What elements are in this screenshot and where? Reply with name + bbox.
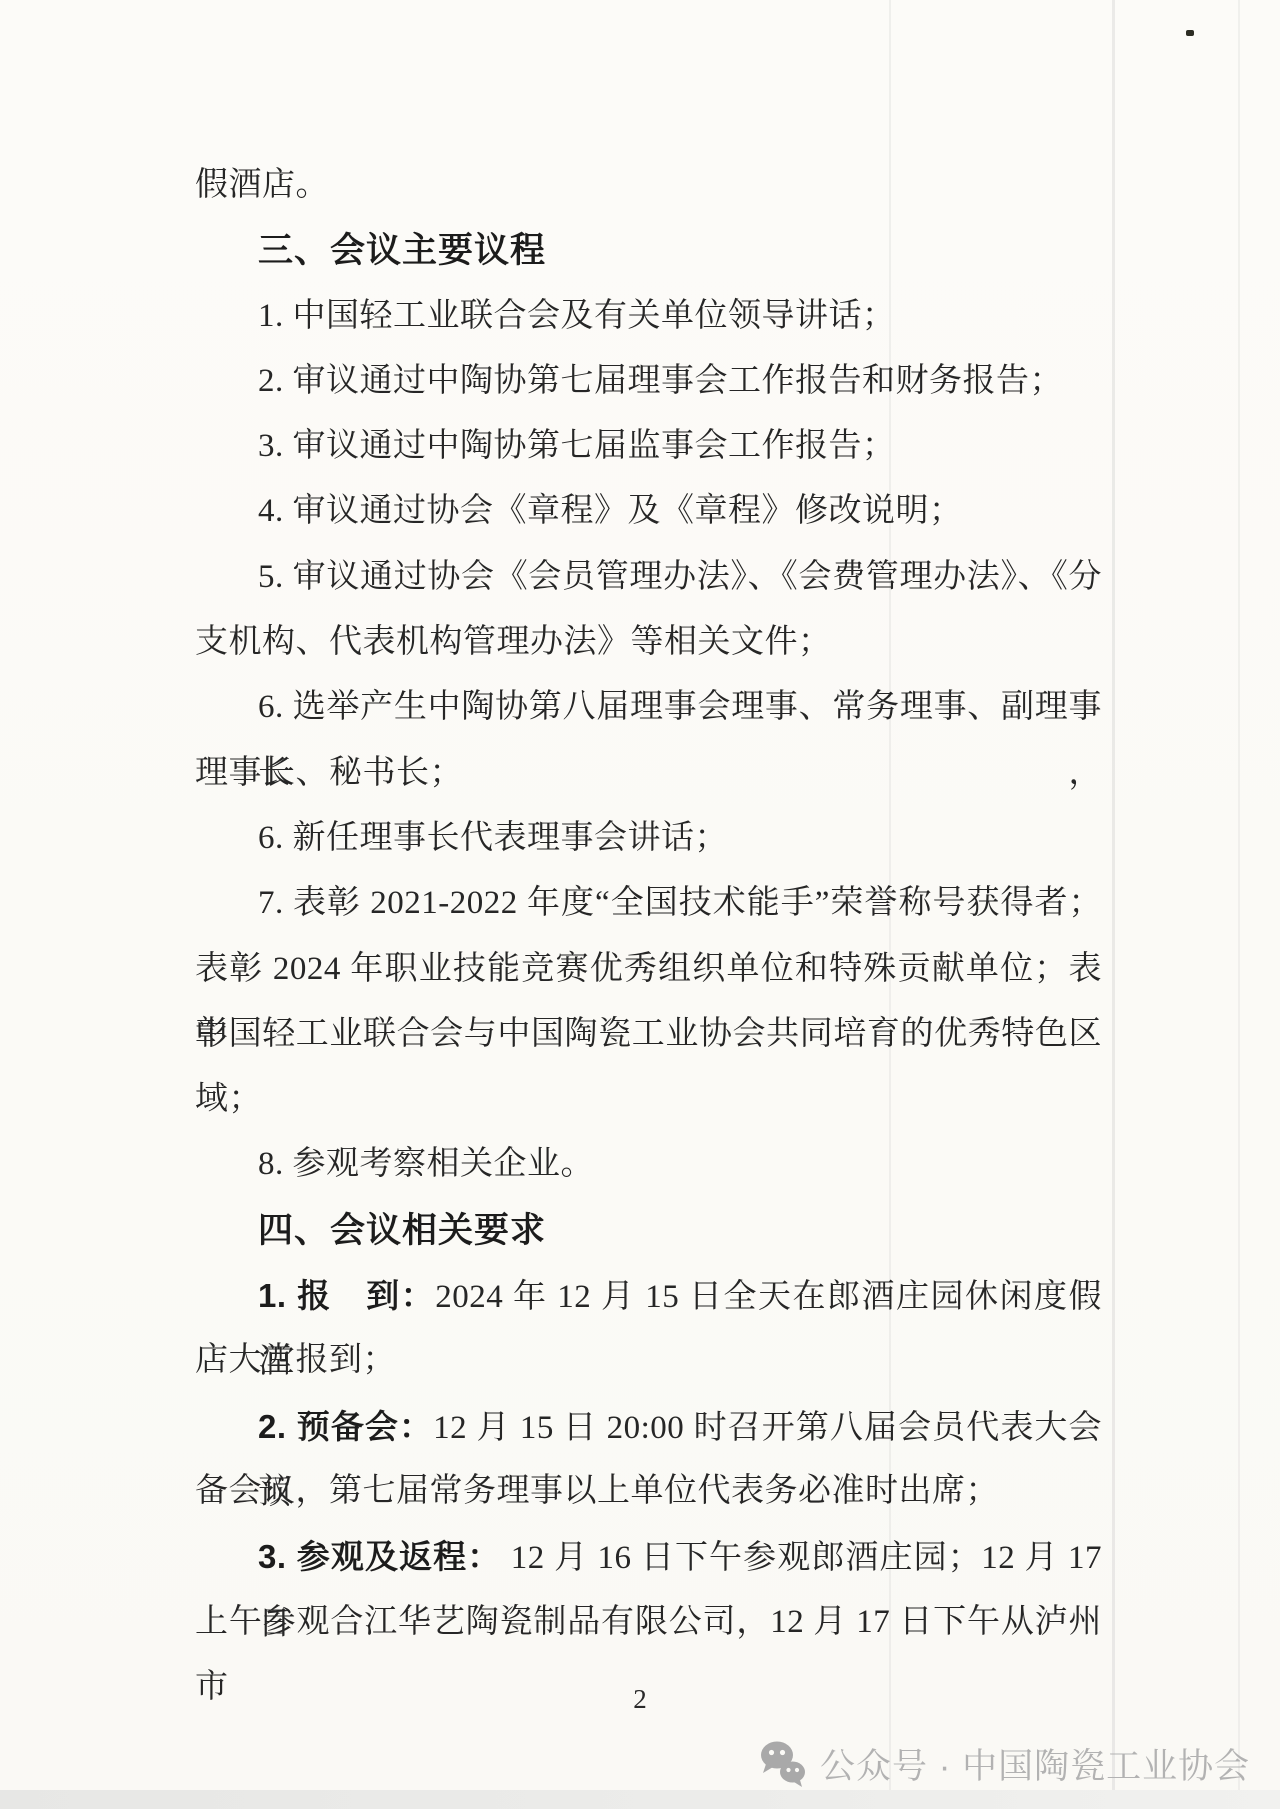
doc-line-bold-segment: 三、会议主要议程 [258, 231, 546, 270]
doc-line: 6. 新任理事长代表理事会讲话； [195, 806, 1102, 871]
doc-line: 域； [195, 1067, 1102, 1132]
doc-line: 假酒店。 [195, 153, 1102, 218]
doc-line: 2. 预备会：12 月 15 日 20:00 时召开第八届会员代表大会预 [195, 1394, 1102, 1459]
doc-heading-line: 三、会议主要议程 [195, 218, 1102, 283]
doc-line: 支机构、代表机构管理办法》等相关文件； [195, 610, 1102, 675]
doc-line-bold-segment: 1. 报 到： [258, 1277, 435, 1314]
doc-line-segment: 8. 参观考察相关企业。 [258, 1146, 594, 1182]
scan-artifact-line [1112, 0, 1115, 1809]
doc-line: 8. 参观考察相关企业。 [195, 1132, 1102, 1197]
doc-line-segment: 4. 审议通过协会《章程》及《章程》修改说明； [258, 493, 963, 529]
doc-line: 备会议，第七届常务理事以上单位代表务必准时出席； [195, 1459, 1102, 1524]
doc-line-segment: 中国轻工业联合会与中国陶瓷工业协会共同培育的优秀特色区 [195, 1016, 1102, 1052]
doc-line-segment: 支机构、代表机构管理办法》等相关文件； [195, 624, 832, 660]
doc-line: 2. 审议通过中陶协第七届理事会工作报告和财务报告； [195, 349, 1102, 414]
scanned-document-page: 假酒店。三、会议主要议程1. 中国轻工业联合会及有关单位领导讲话；2. 审议通过… [0, 0, 1280, 1809]
doc-line-bold-segment: 2. 预备会： [258, 1408, 433, 1445]
doc-heading-line: 四、会议相关要求 [195, 1198, 1102, 1263]
doc-line-segment: 店大堂报到； [195, 1342, 396, 1378]
page-number: 2 [0, 1684, 1280, 1715]
doc-line: 表彰 2024 年职业技能竞赛优秀组织单位和特殊贡献单位；表彰 [195, 937, 1102, 1002]
doc-line: 上午参观合江华艺陶瓷制品有限公司，12 月 17 日下午从泸州市 [195, 1590, 1102, 1655]
doc-line-segment: 1. 中国轻工业联合会及有关单位领导讲话； [258, 298, 896, 334]
doc-line-segment: 2. 审议通过中陶协第七届理事会工作报告和财务报告； [258, 363, 1063, 399]
wechat-icon [756, 1738, 808, 1790]
wechat-watermark: 公众号 · 中国陶瓷工业协会 [756, 1734, 1250, 1794]
doc-line-bold-segment: 四、会议相关要求 [258, 1211, 546, 1250]
doc-line-segment: 假酒店。 [195, 167, 329, 203]
doc-line-segment: 备会议，第七届常务理事以上单位代表务必准时出席； [195, 1473, 999, 1509]
doc-line: 1. 报 到：2024 年 12 月 15 日全天在郎酒庄园休闲度假酒 [195, 1263, 1102, 1328]
doc-line: 店大堂报到； [195, 1328, 1102, 1393]
doc-line: 6. 选举产生中陶协第八届理事会理事、常务理事、副理事长， [195, 675, 1102, 740]
scan-bottom-edge [0, 1790, 1280, 1809]
doc-line: 4. 审议通过协会《章程》及《章程》修改说明； [195, 479, 1102, 544]
doc-line-segment: 理事长、秘书长； [195, 755, 463, 791]
doc-line-segment: 域； [195, 1081, 262, 1117]
doc-line: 中国轻工业联合会与中国陶瓷工业协会共同培育的优秀特色区 [195, 1002, 1102, 1067]
doc-line: 3. 审议通过中陶协第七届监事会工作报告； [195, 414, 1102, 479]
doc-line-segment: 6. 新任理事长代表理事会讲话； [258, 820, 728, 856]
doc-line: 5. 审议通过协会《会员管理办法》、《会费管理办法》、《分 [195, 545, 1102, 610]
doc-line-segment: 7. 表彰 2021-2022 年度“全国技术能手”荣誉称号获得者； [258, 885, 1102, 921]
wechat-watermark-label: 公众号 · 中国陶瓷工业协会 [820, 1739, 1250, 1789]
doc-line: 3. 参观及返程： 12 月 16 日下午参观郎酒庄园；12 月 17 日 [195, 1524, 1102, 1589]
doc-line-bold-segment: 3. 参观及返程： [258, 1538, 501, 1575]
scan-artifact-line [1238, 0, 1240, 1809]
document-text-block: 假酒店。三、会议主要议程1. 中国轻工业联合会及有关单位领导讲话；2. 审议通过… [195, 153, 1102, 1655]
doc-line: 1. 中国轻工业联合会及有关单位领导讲话； [195, 284, 1102, 349]
ink-speck [1186, 30, 1194, 36]
doc-line-segment: 3. 审议通过中陶协第七届监事会工作报告； [258, 428, 896, 464]
doc-line: 7. 表彰 2021-2022 年度“全国技术能手”荣誉称号获得者； [195, 871, 1102, 936]
doc-line-segment: 5. 审议通过协会《会员管理办法》、《会费管理办法》、《分 [258, 559, 1102, 595]
